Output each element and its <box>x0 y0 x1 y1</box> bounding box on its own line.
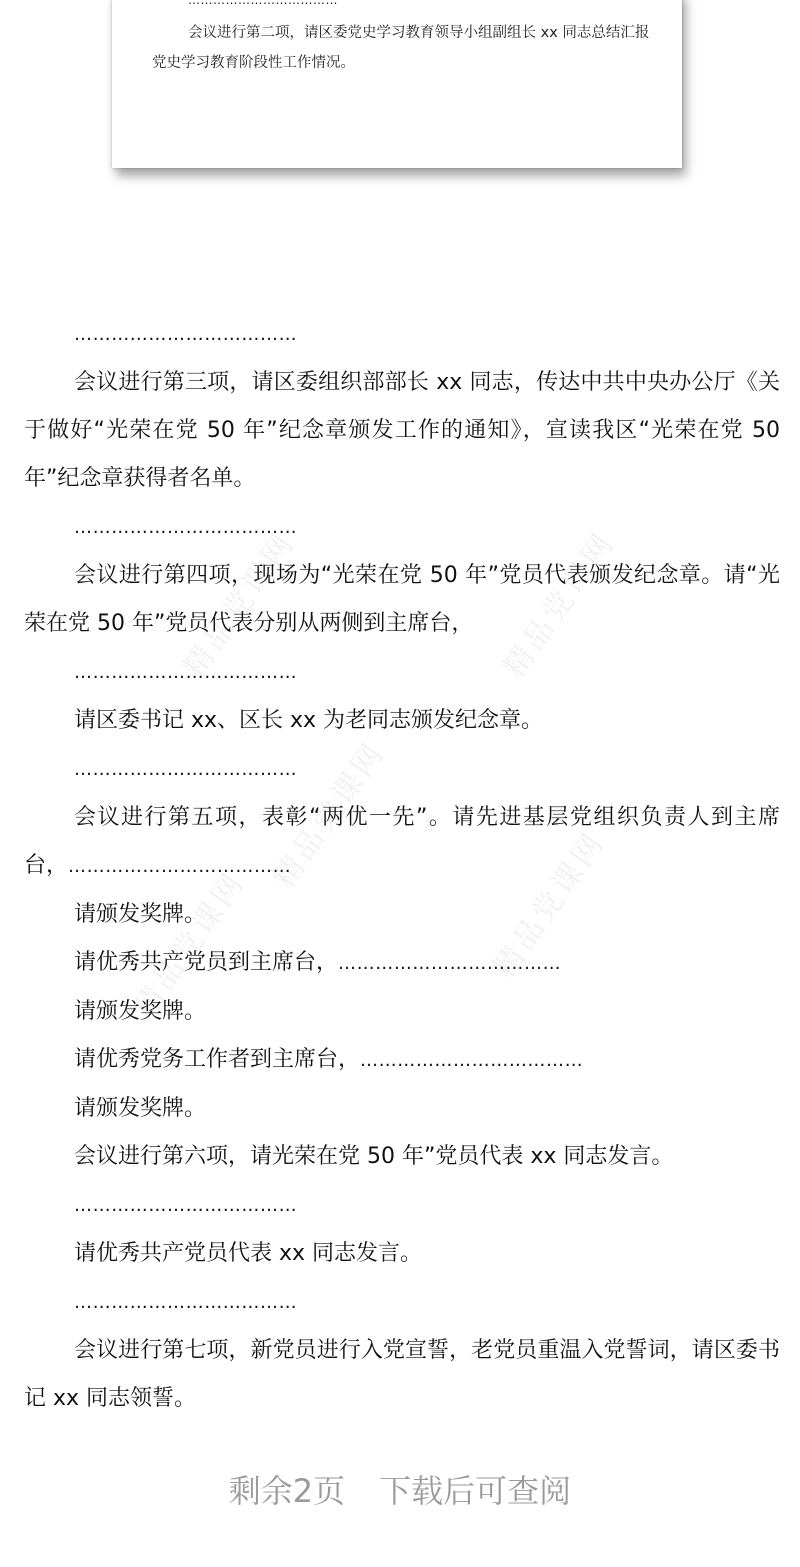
excellent-worker-line: 请优秀党务工作者到主席台，……………………………… <box>24 1036 780 1085</box>
ellipsis-line: ……………………………… <box>24 310 780 359</box>
excellent-member-line: 请优秀共产党员到主席台，……………………………… <box>24 939 780 988</box>
remaining-pages-label: 剩余2页 <box>229 1472 345 1510</box>
remaining-pages-notice[interactable]: 剩余2页下载后可查阅 <box>0 1466 800 1512</box>
ellipsis-line: ……………………………… <box>24 503 780 552</box>
paragraph-item-4-award: 请区委书记 xx、区长 xx 为老同志颁发纪念章。 <box>24 697 780 745</box>
ellipsis-line: ……………………………… <box>24 1278 780 1327</box>
excellent-member-speech-line: 请优秀共产党员代表 xx 同志发言。 <box>24 1230 780 1278</box>
paragraph-item-5: 会议进行第五项，表彰“两优一先”。请先进基层党组织负责人到主席台，…………………… <box>24 794 780 891</box>
paragraph-item-7: 会议进行第七项，新党员进行入党宣誓，老党员重温入党誓词，请区委书记 xx 同志领… <box>24 1327 780 1423</box>
paragraph-item-2: 会议进行第二项，请区委党史学习教育领导小组副组长 xx 同志总结汇报党史学习教育… <box>152 18 662 78</box>
paragraph-item-3: 会议进行第三项，请区委组织部部长 xx 同志，传达中共中央办公厅《关于做好“光荣… <box>24 359 780 503</box>
award-plaque-line: 请颁发奖牌。 <box>24 988 780 1036</box>
ellipsis: ……………………………… <box>188 0 338 6</box>
document-body: ……………………………… 会议进行第三项，请区委组织部部长 xx 同志，传达中共… <box>24 310 780 1423</box>
preview-page-card: ……………………………… 会议进行第二项，请区委党史学习教育领导小组副组长 xx… <box>112 0 682 168</box>
ellipsis-line: ……………………………… <box>24 648 780 697</box>
ellipsis-line: ……………………………… <box>24 1181 780 1230</box>
paragraph-item-4: 会议进行第四项，现场为“光荣在党 50 年”党员代表颁发纪念章。请“光荣在党 5… <box>24 552 780 648</box>
ellipsis-line: ……………………………… <box>24 745 780 794</box>
award-plaque-line: 请颁发奖牌。 <box>24 891 780 939</box>
download-hint-label: 下载后可查阅 <box>379 1472 571 1510</box>
paragraph-item-6: 会议进行第六项，请光荣在党 50 年”党员代表 xx 同志发言。 <box>24 1133 780 1181</box>
award-plaque-line: 请颁发奖牌。 <box>24 1085 780 1133</box>
